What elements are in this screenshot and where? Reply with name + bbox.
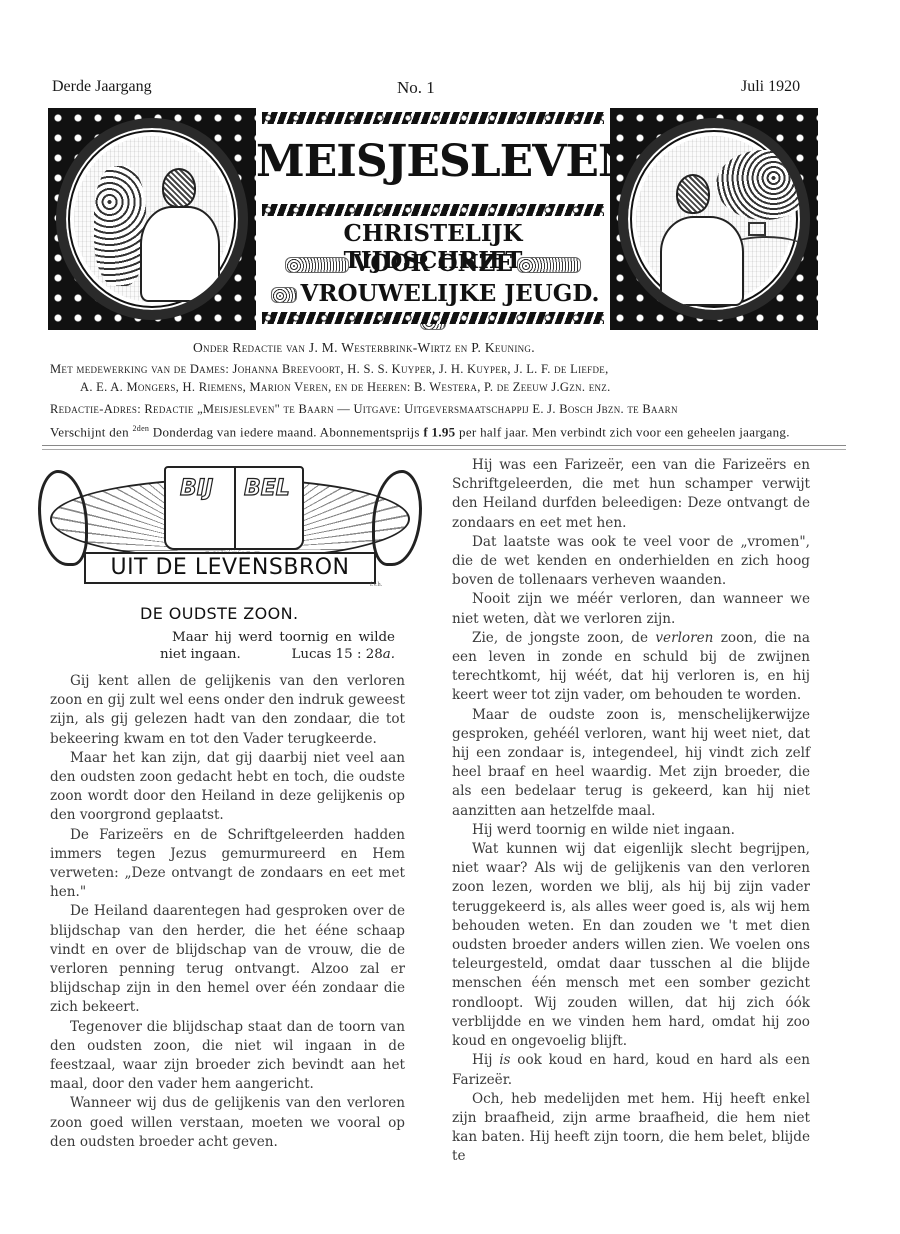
- paragraph: Maar de oudste zoon is, menschelijkerwij…: [452, 706, 810, 821]
- paragraph-text: Hij: [472, 1052, 499, 1068]
- flower-plant-icon: [94, 166, 146, 286]
- paragraph: Maar het kan zijn, dat gij daarbij niet …: [50, 749, 405, 826]
- subscription-line: Verschijnt den 2den Donderdag van iedere…: [50, 424, 790, 440]
- subscription-price: f 1.95: [423, 424, 455, 439]
- issue-date: Juli 1920: [741, 78, 800, 96]
- masthead-title-block: MEISJESLEVEN CHRISTELIJK TIJDSCHRIFT VOO…: [256, 108, 610, 330]
- volume-label: Derde Jaargang: [52, 78, 152, 96]
- section-ribbon-title: UIT DE LEVENSBRON: [84, 552, 376, 584]
- scroll-ornament-left: [38, 470, 88, 566]
- magazine-title: MEISJESLEVEN: [256, 128, 610, 196]
- artist-signature: f.v.h.: [370, 582, 382, 588]
- paragraph-text: Zie, de jongste zoon, de: [472, 630, 655, 646]
- divider-rule: [42, 445, 846, 446]
- issue-number: No. 1: [397, 78, 435, 98]
- bible-epigraph: Maar hij werd toornig en wilde niet inga…: [160, 629, 395, 663]
- girl-arranging-flowers-image: [74, 136, 230, 302]
- rose-border-ornament: [262, 204, 604, 216]
- paragraph: Hij werd toornig en wilde niet ingaan.: [452, 821, 810, 840]
- subtitle-line-3: VROUWELIJKE JEUGD.: [256, 280, 610, 334]
- subtitle-line-3-text: VROUWELIJKE JEUGD.: [301, 280, 600, 307]
- paragraph: Tegenover die blijdschap staat dan de to…: [50, 1018, 405, 1095]
- girl-head: [676, 174, 710, 214]
- subscription-text: Donderdag van iedere maand. Abonnementsp…: [149, 424, 423, 439]
- issue-header: Derde Jaargang No. 1 Juli 1920: [0, 78, 900, 102]
- girl-figure: [140, 206, 220, 302]
- paragraph: Wanneer wij dus de gelijkenis van den ve…: [50, 1094, 405, 1152]
- paragraph: De Heiland daarentegen had gesproken ove…: [50, 902, 405, 1017]
- epigraph-reference: Lucas 15 : 28a.: [292, 646, 395, 663]
- epigraph-line-2: niet ingaan. Lucas 15 : 28a.: [160, 646, 395, 663]
- bible-word-right: BEL: [244, 476, 290, 501]
- article-title: DE OUDSTE ZOON.: [140, 604, 298, 623]
- editors-line: Onder Redactie van J. M. Westerbrink-Wir…: [193, 340, 535, 356]
- subscription-text: per half jaar. Men verbindt zich voor ee…: [455, 424, 789, 439]
- contributors-line-2: A. E. A. Mongers, H. Riemens, Marion Ver…: [80, 380, 611, 395]
- medallion-frame: [56, 118, 248, 320]
- reference-verse-suffix: a.: [383, 647, 395, 662]
- girl-figure: [660, 216, 744, 306]
- rose-ornament-icon: [517, 257, 581, 273]
- subtitle-line-2: VOOR ONZE: [256, 250, 610, 277]
- house-icon: [748, 222, 766, 236]
- paragraph: Hij is ook koud en hard, koud en hard al…: [452, 1051, 810, 1089]
- article-column-right: Hij was een Farizeër, een van die Farize…: [452, 456, 810, 1167]
- right-medallion-illustration: [610, 108, 818, 330]
- scroll-ornament-right: [372, 470, 422, 566]
- emphasis: is: [499, 1052, 510, 1068]
- paragraph: Dat laatste was ook te veel voor de „vro…: [452, 533, 810, 591]
- bible-banner-illustration: BIJ BEL UIT DE LEVENSBRON f.v.h.: [38, 466, 422, 590]
- tree-icon: [716, 150, 810, 220]
- article-column-left: Gij kent allen de gelijkenis van den ver…: [50, 672, 405, 1152]
- subtitle-line-2-text: VOOR ONZE: [353, 250, 513, 277]
- paragraph: Nooit zijn we méér verloren, dan wanneer…: [452, 590, 810, 628]
- contributors-line-1: Met medewerking van de Dames: Johanna Br…: [50, 362, 609, 377]
- rose-border-ornament: [262, 312, 604, 324]
- ordinal-superscript: 2den: [132, 424, 149, 433]
- paragraph: Wat kunnen wij dat eigenlijk slecht begr…: [452, 840, 810, 1051]
- epigraph-text: niet ingaan.: [160, 646, 241, 663]
- rose-ornament-icon: [285, 257, 349, 273]
- epigraph-line-1: Maar hij werd toornig en wilde: [160, 629, 395, 646]
- medallion-frame: [618, 118, 810, 320]
- paragraph: Hij was een Farizeër, een van die Farize…: [452, 456, 810, 533]
- emphasis: verloren: [655, 630, 713, 646]
- open-bible-icon: BIJ BEL: [164, 466, 304, 550]
- flower-ornament-icon: [271, 287, 297, 303]
- rose-border-ornament: [262, 112, 604, 124]
- left-medallion-illustration: [48, 108, 256, 330]
- bible-word-left: BIJ: [180, 476, 213, 501]
- girl-head: [162, 168, 196, 208]
- reference-text: Lucas 15 : 28: [292, 647, 383, 662]
- divider-rule: [42, 449, 846, 450]
- paragraph: Zie, de jongste zoon, de verloren zoon, …: [452, 629, 810, 706]
- paragraph: De Farizeërs en de Schriftgeleerden hadd…: [50, 826, 405, 903]
- paragraph: Gij kent allen de gelijkenis van den ver…: [50, 672, 405, 749]
- paragraph: Och, heb medelijden met hem. Hij heeft e…: [452, 1090, 810, 1167]
- masthead: MEISJESLEVEN CHRISTELIJK TIJDSCHRIFT VOO…: [48, 108, 818, 330]
- girl-picking-fruit-image: [636, 136, 792, 302]
- address-line: Redactie-Adres: Redactie „Meisjesleven" …: [50, 402, 678, 417]
- subscription-text: Verschijnt den: [50, 424, 132, 439]
